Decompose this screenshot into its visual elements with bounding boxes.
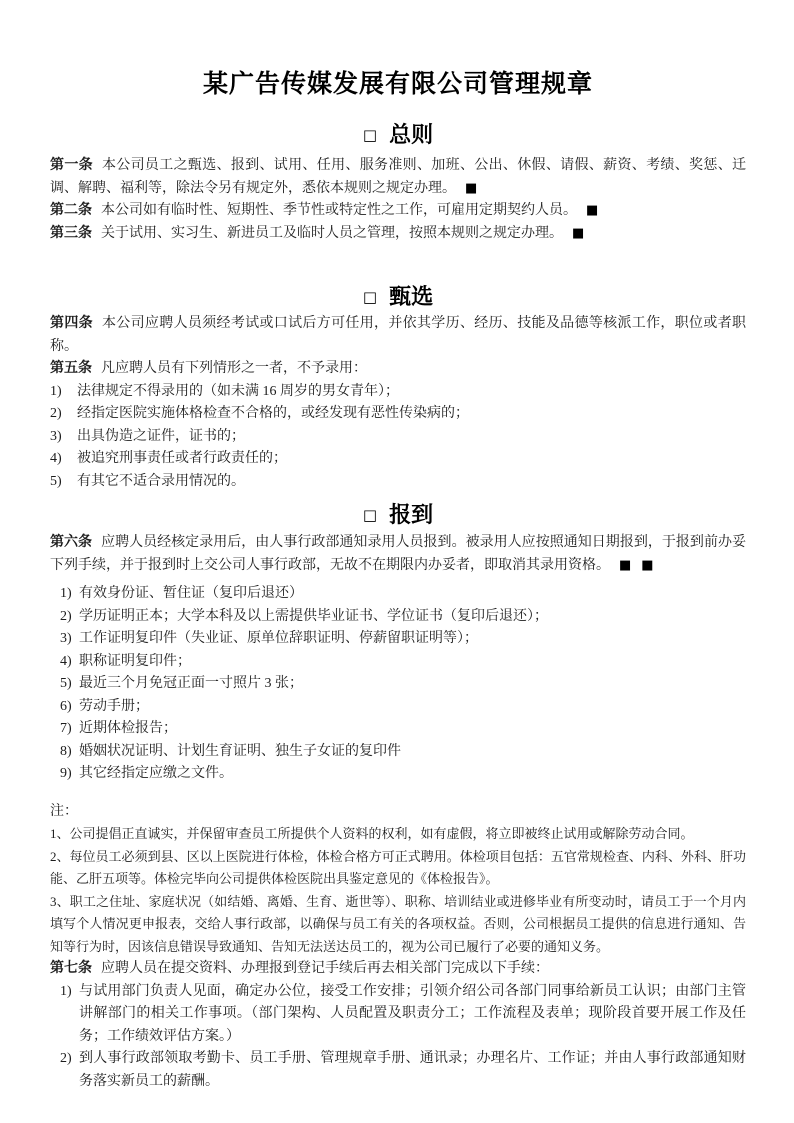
document-page: 某广告传媒发展有限公司管理规章 □总则 第一条本公司员工之甄选、报到、试用、任用…: [0, 0, 794, 1123]
end-mark-icon: ■: [465, 181, 477, 196]
item-text: 工作证明复印件（失业证、原单位辞职证明、停薪留职证明等）；: [79, 628, 746, 651]
item-text: 被追究刑事责任或者行政责任的；: [77, 448, 287, 471]
item-text: 其它经指定应缴之文件。: [79, 763, 746, 786]
article-label: 第五条: [50, 361, 92, 376]
list-item: 2)学历证明正本；大学本科及以上需提供毕业证书、学位证书（复印后退还）；: [50, 606, 746, 629]
article-label: 第七条: [50, 961, 92, 976]
article-text: 关于试用、实习生、新进员工及临时人员之管理，按照本规则之规定办理。: [101, 226, 563, 241]
item-text: 职称证明复印件；: [79, 651, 746, 674]
list-item: 4)职称证明复印件；: [50, 651, 746, 674]
item-number: 3): [50, 426, 77, 449]
article-text: 本公司如有临时性、短期性、季节性或特定性之工作，可雇用定期契约人员。: [101, 203, 577, 218]
item-number: 2): [60, 606, 79, 629]
item-number: 4): [60, 651, 79, 674]
article-6: 第六条应聘人员经核定录用后，由人事行政部通知录用人员报到。被录用人应按照通知日期…: [50, 532, 746, 577]
section-heading-text: 总则: [389, 122, 433, 147]
item-number: 4): [50, 448, 77, 471]
document-title: 某广告传媒发展有限公司管理规章: [50, 70, 746, 99]
article-label: 第六条: [50, 535, 92, 550]
article-label: 第一条: [50, 158, 93, 173]
article-label: 第二条: [50, 203, 92, 218]
list-item: 4)被追究刑事责任或者行政责任的；: [50, 448, 746, 471]
end-mark-icon: ■: [586, 203, 598, 218]
item-number: 1): [60, 981, 79, 1049]
item-text: 学历证明正本；大学本科及以上需提供毕业证书、学位证书（复印后退还）；: [79, 606, 746, 629]
item-text: 到人事行政部领取考勤卡、员工手册、管理规章手册、通讯录；办理名片、工作证；并由人…: [79, 1048, 746, 1093]
item-text: 出具伪造之证件，证书的；: [77, 426, 245, 449]
notes-label: 注：: [50, 801, 746, 824]
section-heading-selection: □甄选: [50, 285, 746, 311]
list-item: 1)有效身份证、暂住证（复印后退还）: [50, 583, 746, 606]
article-4: 第四条本公司应聘人员须经考试或口试后方可任用，并依其学历、经历、技能及品德等核派…: [50, 313, 746, 358]
list-item: 7)近期体检报告；: [50, 718, 746, 741]
item-text: 最近三个月免冠正面一寸照片 3 张；: [79, 673, 746, 696]
note-paragraph-2: 2、每位员工必须到县、区以上医院进行体检，体检合格方可正式聘用。体检项目包括：五…: [50, 846, 746, 891]
article-3: 第三条关于试用、实习生、新进员工及临时人员之管理，按照本规则之规定办理。■: [50, 223, 746, 246]
article-label: 第四条: [50, 316, 93, 331]
list-item: 2)到人事行政部领取考勤卡、员工手册、管理规章手册、通讯录；办理名片、工作证；并…: [50, 1048, 746, 1093]
item-number: 5): [60, 673, 79, 696]
square-bullet-icon: □: [363, 126, 377, 144]
end-mark-icon: ■: [572, 226, 584, 241]
item-text: 婚姻状况证明、计划生育证明、独生子女证的复印件: [79, 741, 746, 764]
item-text: 有其它不适合录用情况的。: [77, 471, 245, 494]
checkin-documents-list: 1)有效身份证、暂住证（复印后退还） 2)学历证明正本；大学本科及以上需提供毕业…: [50, 583, 746, 786]
list-item: 2)经指定医院实施体格检查不合格的，或经发现有恶性传染病的；: [50, 403, 746, 426]
item-number: 8): [60, 741, 79, 764]
item-number: 2): [60, 1048, 79, 1093]
end-mark-icon: ■: [619, 558, 631, 573]
square-bullet-icon: □: [363, 288, 377, 306]
article-1: 第一条本公司员工之甄选、报到、试用、任用、服务准则、加班、公出、休假、请假、薪资…: [50, 155, 746, 200]
list-item: 9)其它经指定应缴之文件。: [50, 763, 746, 786]
list-item: 1)法律规定不得录用的（如未满 16 周岁的男女青年）；: [50, 381, 746, 404]
section-heading-general: □总则: [50, 123, 746, 149]
section-heading-checkin: □报到: [50, 503, 746, 529]
article-2: 第二条本公司如有临时性、短期性、季节性或特定性之工作，可雇用定期契约人员。■: [50, 200, 746, 223]
list-item: 1)与试用部门负责人见面，确定办公位，接受工作安排；引领介绍公司各部门同事给新员…: [50, 981, 746, 1049]
item-number: 1): [60, 583, 79, 606]
note-paragraph-1: 1、公司提倡正直诚实，并保留审查员工所提供个人资料的权利，如有虚假，将立即被终止…: [50, 823, 746, 846]
square-bullet-icon: □: [363, 506, 377, 524]
note-paragraph-3: 3、职工之住址、家庭状况（如结婚、离婚、生育、逝世等）、职称、培训结业或进修毕业…: [50, 891, 746, 959]
section-heading-text: 报到: [389, 502, 433, 527]
item-number: 6): [60, 696, 79, 719]
end-mark-icon: ■: [641, 558, 653, 573]
item-number: 7): [60, 718, 79, 741]
item-number: 2): [50, 403, 77, 426]
item-text: 有效身份证、暂住证（复印后退还）: [79, 583, 746, 606]
item-text: 法律规定不得录用的（如未满 16 周岁的男女青年）；: [77, 381, 399, 404]
article-text: 凡应聘人员有下列情形之一者，不予录用：: [101, 361, 367, 376]
article-7: 第七条应聘人员在提交资料、办理报到登记手续后再去相关部门完成以下手续：: [50, 958, 746, 981]
list-item: 3)出具伪造之证件，证书的；: [50, 426, 746, 449]
list-item: 5)有其它不适合录用情况的。: [50, 471, 746, 494]
item-number: 5): [50, 471, 77, 494]
article-text: 本公司员工之甄选、报到、试用、任用、服务准则、加班、公出、休假、请假、薪资、考绩…: [50, 158, 746, 196]
article-5: 第五条凡应聘人员有下列情形之一者，不予录用：: [50, 358, 746, 381]
article-text: 应聘人员在提交资料、办理报到登记手续后再去相关部门完成以下手续：: [101, 961, 549, 976]
item-text: 劳动手册；: [79, 696, 746, 719]
item-text: 经指定医院实施体格检查不合格的，或经发现有恶性传染病的；: [77, 403, 469, 426]
item-text: 近期体检报告；: [79, 718, 746, 741]
article-label: 第三条: [50, 226, 92, 241]
item-number: 9): [60, 763, 79, 786]
item-number: 1): [50, 381, 77, 404]
list-item: 6)劳动手册；: [50, 696, 746, 719]
list-item: 8)婚姻状况证明、计划生育证明、独生子女证的复印件: [50, 741, 746, 764]
selection-reject-list: 1)法律规定不得录用的（如未满 16 周岁的男女青年）； 2)经指定医院实施体格…: [50, 381, 746, 494]
item-number: 3): [60, 628, 79, 651]
article-text: 本公司应聘人员须经考试或口试后方可任用，并依其学历、经历、技能及品德等核派工作，…: [50, 316, 746, 354]
section-heading-text: 甄选: [389, 284, 433, 309]
list-item: 5)最近三个月免冠正面一寸照片 3 张；: [50, 673, 746, 696]
list-item: 3)工作证明复印件（失业证、原单位辞职证明、停薪留职证明等）；: [50, 628, 746, 651]
checkin-procedure-list: 1)与试用部门负责人见面，确定办公位，接受工作安排；引领介绍公司各部门同事给新员…: [50, 981, 746, 1094]
item-text: 与试用部门负责人见面，确定办公位，接受工作安排；引领介绍公司各部门同事给新员工认…: [79, 981, 746, 1049]
